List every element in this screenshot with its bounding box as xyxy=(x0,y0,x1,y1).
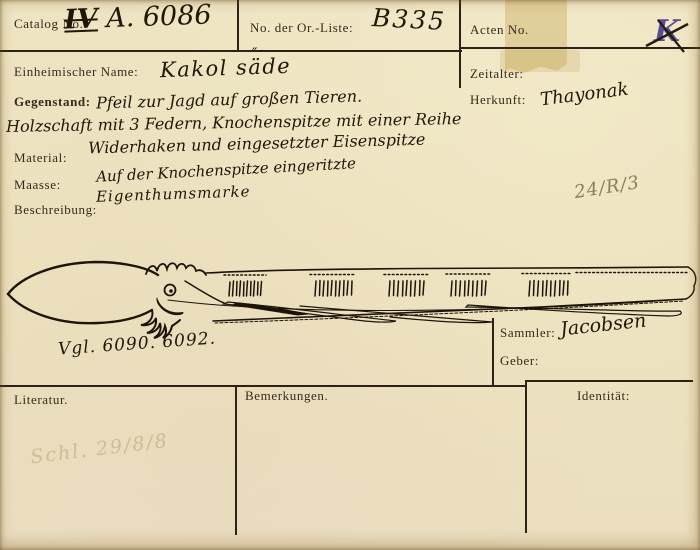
header-rule-left xyxy=(0,50,462,52)
header-divider-1 xyxy=(237,0,239,51)
native-name-accent: ″ xyxy=(252,46,257,62)
identitaet-label: Identität: xyxy=(577,388,630,404)
geber-label: Geber: xyxy=(500,353,539,369)
catalog-no-rest: A. 6086 xyxy=(106,0,212,34)
footer-rule-right xyxy=(525,380,693,382)
sammler-box-divider xyxy=(492,318,494,385)
gegenstand-line3: Widerhaken und eingesetzter Eisenspitze xyxy=(88,130,426,158)
maasse-label: Maasse: xyxy=(14,177,61,193)
catalog-card: Catalog No. IV A. 6086 No. der Or.-Liste… xyxy=(0,0,700,550)
orliste-value: B335 xyxy=(371,3,447,36)
material-label: Material: xyxy=(14,150,67,166)
catalog-no-value: IV A. 6086 xyxy=(64,0,213,36)
herkunft-value: Thayonak xyxy=(539,79,629,111)
acten-no-label: Acten No. xyxy=(470,22,529,38)
beschreibung-note: Eigenthumsmarke xyxy=(96,182,251,205)
native-name-label: Einheimischer Name: xyxy=(14,64,138,80)
native-name-value: Kakol säde xyxy=(160,54,292,83)
catalog-no-roman: IV xyxy=(64,3,99,35)
gegenstand-label: Gegenstand: xyxy=(14,94,91,110)
bemerkungen-label: Bemerkungen. xyxy=(245,388,328,404)
sammler-label: Sammler: xyxy=(500,325,555,341)
footer-divider-2 xyxy=(525,380,527,533)
footer-divider-1 xyxy=(235,385,237,535)
maasse-note: Auf der Knochenspitze eingeritzte xyxy=(96,154,357,186)
header-divider-2 xyxy=(459,0,461,88)
footer-rule-left xyxy=(0,385,527,387)
cross-strokes-icon xyxy=(644,12,692,56)
crossed-k-mark: K xyxy=(644,12,692,56)
gegenstand-line1: Pfeil zur Jagd auf großen Tieren. xyxy=(96,87,363,113)
herkunft-label: Herkunft: xyxy=(470,92,526,108)
faint-pencil-note: Schl. 29/8/8 xyxy=(29,430,170,469)
orliste-label: No. der Or.-Liste: xyxy=(250,20,353,36)
literatur-label: Literatur. xyxy=(14,392,68,408)
zeitalter-label: Zeitalter: xyxy=(470,66,524,82)
beschreibung-label: Beschreibung: xyxy=(14,202,97,218)
shelf-mark-pencil: 24/R/3 xyxy=(573,172,642,203)
